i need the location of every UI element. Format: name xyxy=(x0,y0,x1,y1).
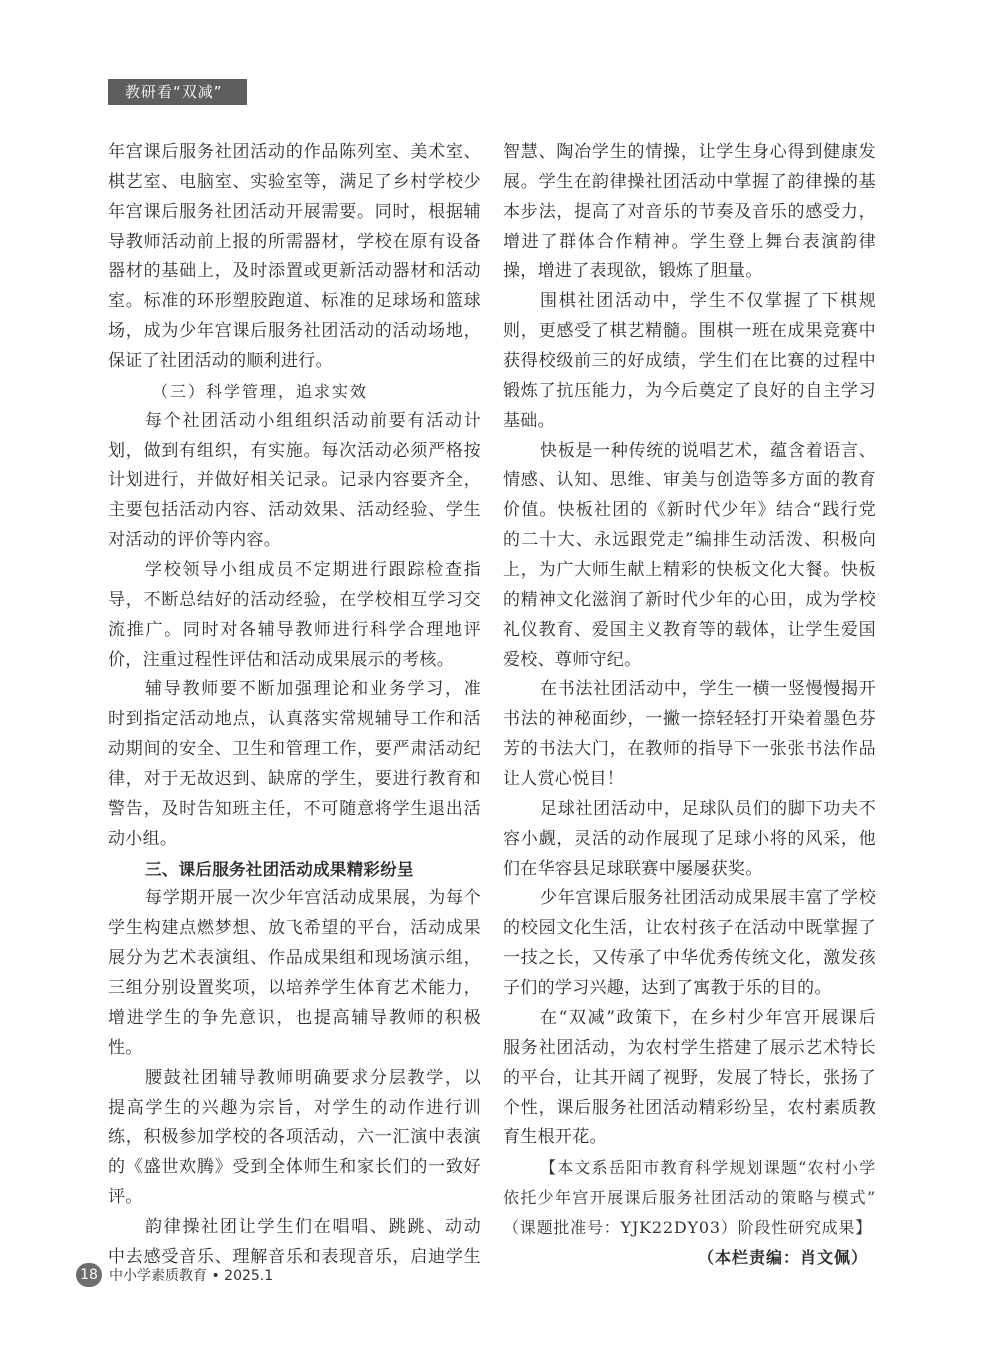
text-line: 主要包括活动内容、活动效果、活动经验、学生 xyxy=(108,496,481,526)
left-column: 年宫课后服务社团活动的作品陈列室、美术室、棋艺室、电脑室、实验室等，满足了乡村学… xyxy=(108,138,481,1273)
text-line: 个性，课后服务社团活动精彩纷呈，农村素质教 xyxy=(503,1094,876,1124)
text-line: 性。 xyxy=(108,1034,481,1064)
text-line: 场，成为少年宫课后服务社团活动的活动场地， xyxy=(108,317,481,347)
text-line: 律，对于无故迟到、缺席的学生，要进行教育和 xyxy=(108,765,481,795)
text-line: 智慧、陶冶学生的情操，让学生身心得到健康发 xyxy=(503,138,876,168)
text-line: 获得校级前三的好成绩，学生们在比赛的过程中 xyxy=(503,347,876,377)
text-line: 让人赏心悦目！ xyxy=(503,765,876,795)
text-line: 评。 xyxy=(108,1183,481,1213)
editor-credit: （本栏责编：肖文佩） xyxy=(503,1243,876,1273)
text-line: 划，做到有组织，有实施。每次活动必须严格按 xyxy=(108,437,481,467)
text-line: 爱校、尊师守纪。 xyxy=(503,646,876,676)
text-line: 育生根开花。 xyxy=(503,1123,876,1153)
text-line: 的《盛世欢腾》受到全体师生和家长们的一致好 xyxy=(108,1153,481,1183)
text-line: 本步法，提高了对音乐的节奏及音乐的感受力， xyxy=(503,198,876,228)
text-line: 情感、认知、思维、审美与创造等多方面的教育 xyxy=(503,466,876,496)
text-line: 动小组。 xyxy=(108,825,481,855)
text-line: 棋艺室、电脑室、实验室等，满足了乡村学校少 xyxy=(108,168,481,198)
text-line: 礼仪教育、爱国主义教育等的载体，让学生爱国 xyxy=(503,616,876,646)
page-footer: 18 中小学素质教育 • 2025.1 xyxy=(76,1263,273,1287)
text-line: 流推广。同时对各辅导教师进行科学合理地评 xyxy=(108,616,481,646)
text-line: 警告，及时告知班主任，不可随意将学生退出活 xyxy=(108,795,481,825)
journal-issue: 中小学素质教育 • 2025.1 xyxy=(109,1265,273,1285)
text-line: 保证了社团活动的顺利进行。 xyxy=(108,347,481,377)
text-line: 展分为艺术表演组、作品成果组和现场演示组， xyxy=(108,944,481,974)
funding-note-line: 依托少年宫开展课后服务社团活动的策略与模式” xyxy=(503,1183,876,1213)
right-column: 智慧、陶冶学生的情操，让学生身心得到健康发展。学生在韵律操社团活动中掌握了韵律操… xyxy=(503,138,876,1273)
text-line: 辅导教师要不断加强理论和业务学习，准 xyxy=(108,675,481,705)
text-line: 子们的学习兴趣，达到了寓教于乐的目的。 xyxy=(503,974,876,1004)
section-heading: 三、课后服务社团活动成果精彩纷呈 xyxy=(108,855,481,885)
text-line: 提高学生的兴趣为宗旨，对学生的动作进行训 xyxy=(108,1094,481,1124)
text-line: 导，不断总结好的活动经验，在学校相互学习交 xyxy=(108,586,481,616)
text-line: 的精神文化滋润了新时代少年的心田，成为学校 xyxy=(503,586,876,616)
text-line: 韵律操社团让学生们在唱唱、跳跳、动动 xyxy=(108,1213,481,1243)
text-line: 在书法社团活动中，学生一横一竖慢慢揭开 xyxy=(503,675,876,705)
text-line: 上，为广大师生献上精彩的快板文化大餐。快板 xyxy=(503,556,876,586)
text-line: 的校园文化生活，让农村孩子在活动中既掌握了 xyxy=(503,914,876,944)
text-line: 练，积极参加学校的各项活动，六一汇演中表演 xyxy=(108,1123,481,1153)
text-line: 容小觑，灵活的动作展现了足球小将的风采，他 xyxy=(503,825,876,855)
text-line: 腰鼓社团辅导教师明确要求分层教学，以 xyxy=(108,1064,481,1094)
page-number-badge: 18 xyxy=(76,1263,102,1287)
section-tag: 教研看“双减” xyxy=(108,79,247,105)
text-line: 学生构建点燃梦想、放飞希望的平台，活动成果 xyxy=(108,914,481,944)
funding-note-line: 【本文系岳阳市教育科学规划课题“农村小学 xyxy=(503,1153,876,1183)
text-line: 则，更感受了棋艺精髓。围棋一班在成果竞赛中 xyxy=(503,317,876,347)
text-line: 导教师活动前上报的所需器材，学校在原有设备 xyxy=(108,228,481,258)
text-line: 学校领导小组成员不定期进行跟踪检查指 xyxy=(108,556,481,586)
text-line: 基础。 xyxy=(503,407,876,437)
text-line: 书法的神秘面纱，一撇一捺轻轻打开染着墨色芬 xyxy=(503,705,876,735)
text-line: 计划进行，并做好相关记录。记录内容要齐全， xyxy=(108,466,481,496)
text-line: 快板是一种传统的说唱艺术，蕴含着语言、 xyxy=(503,437,876,467)
text-line: 操，增进了表现欲，锻炼了胆量。 xyxy=(503,257,876,287)
text-line: 的平台，让其开阔了视野，发展了特长，张扬了 xyxy=(503,1064,876,1094)
text-line: 们在华容县足球联赛中屡屡获奖。 xyxy=(503,855,876,885)
text-line: 三组分别设置奖项，以培养学生体育艺术能力， xyxy=(108,974,481,1004)
text-line: 动期间的安全、卫生和管理工作，要严肃活动纪 xyxy=(108,735,481,765)
text-line: 芳的书法大门，在教师的指导下一张张书法作品 xyxy=(503,735,876,765)
text-line: 对活动的评价等内容。 xyxy=(108,526,481,556)
text-line: 的二十大、永远跟党走”编排生动活泼、积极向 xyxy=(503,526,876,556)
text-line: 展。学生在韵律操社团活动中掌握了韵律操的基 xyxy=(503,168,876,198)
text-line: 增进了群体合作精神。学生登上舞台表演韵律 xyxy=(503,228,876,258)
text-line: 器材的基础上，及时添置或更新活动器材和活动 xyxy=(108,257,481,287)
text-line: 时到指定活动地点，认真落实常规辅导工作和活 xyxy=(108,705,481,735)
text-line: 围棋社团活动中，学生不仅掌握了下棋规 xyxy=(503,287,876,317)
text-line: 增进学生的争先意识，也提高辅导教师的积极 xyxy=(108,1004,481,1034)
text-line: 足球社团活动中，足球队员们的脚下功夫不 xyxy=(503,795,876,825)
text-line: 锻炼了抗压能力，为今后奠定了良好的自主学习 xyxy=(503,377,876,407)
text-line: 一技之长，又传承了中华优秀传统文化，激发孩 xyxy=(503,944,876,974)
text-line: 室。标准的环形塑胶跑道、标准的足球场和篮球 xyxy=(108,287,481,317)
funding-note-line: （课题批准号：YJK22DY03）阶段性研究成果】 xyxy=(503,1213,876,1243)
text-line: 每个社团活动小组组织活动前要有活动计 xyxy=(108,407,481,437)
text-line: 价，注重过程性评估和活动成果展示的考核。 xyxy=(108,646,481,676)
text-line: 在“双减”政策下，在乡村少年宫开展课后 xyxy=(503,1004,876,1034)
text-line: 价值。快板社团的《新时代少年》结合“践行党 xyxy=(503,496,876,526)
text-line: 年宫课后服务社团活动开展需要。同时，根据辅 xyxy=(108,198,481,228)
text-line: 少年宫课后服务社团活动成果展丰富了学校 xyxy=(503,884,876,914)
text-line: 服务社团活动，为农村学生搭建了展示艺术特长 xyxy=(503,1034,876,1064)
text-line: 每学期开展一次少年宫活动成果展，为每个 xyxy=(108,884,481,914)
subsection-heading: （三）科学管理，追求实效 xyxy=(108,377,481,407)
text-line: 年宫课后服务社团活动的作品陈列室、美术室、 xyxy=(108,138,481,168)
